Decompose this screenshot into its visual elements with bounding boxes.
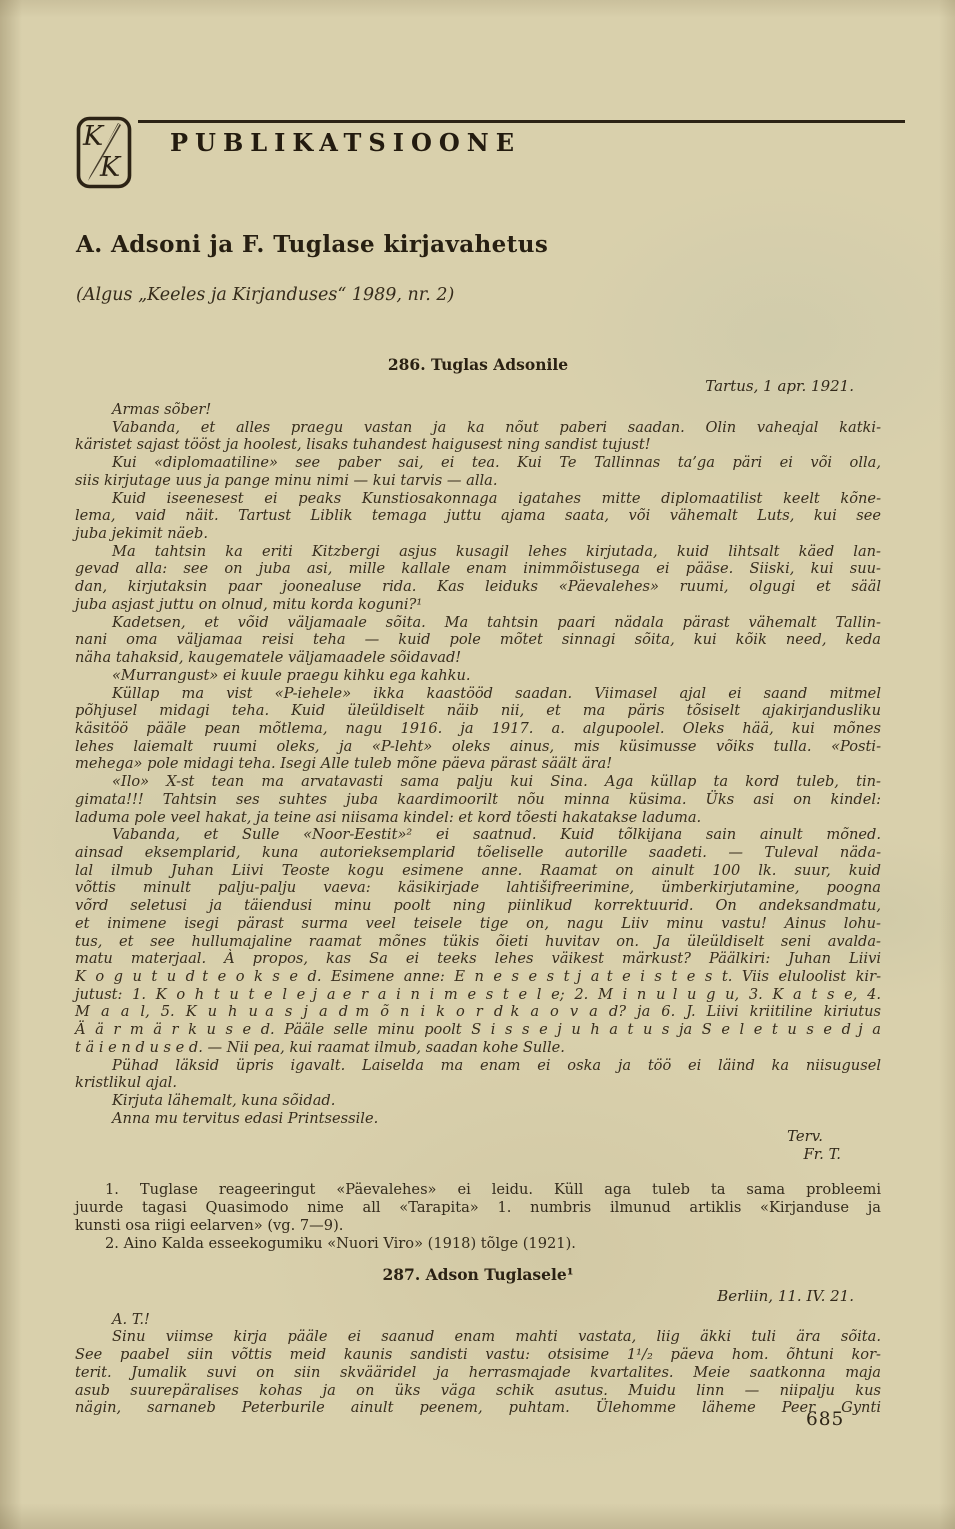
letter-286-dateline: Tartus, 1 apr. 1921.	[75, 377, 881, 395]
text-line: Vabanda, et Sulle «Noor-Eestit»² ei saat…	[75, 826, 881, 844]
text-line: Kuid iseenesest ei peaks Kunstiosakonnag…	[75, 490, 881, 508]
text-line: asub suurepäralises kohas ja on üks väga…	[75, 1382, 881, 1400]
text-line: põhjusel midagi teha. Kuid üleüldiselt n…	[75, 702, 881, 720]
text-line: lema, vaid näit. Tartust Liblik temaga j…	[75, 507, 881, 525]
text-line: «Murrangust» ei kuule praegu kihku ega k…	[75, 667, 881, 685]
text-line: Kirjuta lähemalt, kuna sõidad.	[75, 1092, 881, 1110]
paragraph: Küllap ma vist «P-iehele» ikka kaastööd …	[75, 685, 881, 774]
text-line: A. T.!	[75, 1311, 881, 1329]
text-line: matu materjaal. À propos, kas Sa ei teek…	[75, 950, 881, 968]
text-line: Anna mu tervitus edasi Printsessile.	[75, 1110, 881, 1128]
text-line: 1. Tuglase reageeringut «Päevalehes» ei …	[75, 1181, 881, 1199]
paragraph: Kadetsen, et võid väljamaale sõita. Ma t…	[75, 614, 881, 667]
text-line: See paabel siin võttis meid kaunis sandi…	[75, 1346, 881, 1364]
paragraph: Pühad läksid üpris igavalt. Laiselda ma …	[75, 1057, 881, 1092]
paragraph: Vabanda, et alles praegu vastan ja ka nõ…	[75, 419, 881, 454]
text-line: võrd seletusi ja täiendusi minu poolt ni…	[75, 897, 881, 915]
paragraph: Ma tahtsin ka eriti Kitzbergi asjus kusa…	[75, 543, 881, 614]
text-line: 2. Aino Kalda esseekogumiku «Nuori Viro»…	[75, 1235, 881, 1253]
text-line: M a a l, 5. K u h u a s j a d m õ n i k …	[75, 1003, 881, 1021]
section-title: PUBLIKATSIOONE	[170, 128, 521, 157]
text-line: t ä i e n d u s e d. — Nii pea, kui raam…	[75, 1039, 881, 1057]
paragraph: Kui «diplomaatiline» see paber sai, ei t…	[75, 454, 881, 489]
text-line: Kadetsen, et võid väljamaale sõita. Ma t…	[75, 614, 881, 632]
letter-286-heading: 286. Tuglas Adsonile	[75, 356, 881, 374]
text-line: «Ilo» X-st tean ma arvatavasti sama palj…	[75, 773, 881, 791]
text-line: kunsti osa riigi eelarven» (vg. 7—9).	[75, 1217, 881, 1235]
paragraph: Armas sõber!	[75, 401, 881, 419]
text-line: gevad alla: see on juba asi, mille kalla…	[75, 560, 881, 578]
letter-287-heading: 287. Adson Tuglasele¹	[75, 1266, 881, 1284]
text-line: K o g u t u d t e o k s e d. Esimene ann…	[75, 968, 881, 986]
text-line: nägin, sarnaneb Peterburile ainult peene…	[75, 1399, 881, 1417]
text-line: käristet sajast tööst ja hoolest, lisaks…	[75, 436, 881, 454]
letter-287-dateline: Berliin, 11. IV. 21.	[75, 1287, 881, 1305]
letter-286-signature: Fr. T.	[75, 1146, 881, 1164]
text-line: terit. Jumalik suvi on siin skvääridel j…	[75, 1364, 881, 1382]
paragraph: Anna mu tervitus edasi Printsessile.	[75, 1110, 881, 1128]
text-line: ainsad eksemplarid, kuna autorieksemplar…	[75, 844, 881, 862]
text-line: Pühad läksid üpris igavalt. Laiselda ma …	[75, 1057, 881, 1075]
page-number: 685	[806, 1409, 844, 1430]
text-line: lal ilmub Juhan Liivi Teoste kogu esimen…	[75, 862, 881, 880]
text-line: dan, kirjutaksin paar joonealuse rida. K…	[75, 578, 881, 596]
text-line: Vabanda, et alles praegu vastan ja ka nõ…	[75, 419, 881, 437]
text-line: Ma tahtsin ka eriti Kitzbergi asjus kusa…	[75, 543, 881, 561]
header-rule	[138, 120, 905, 123]
text-line: jutust: 1. K o h t u t e l e j a e r a i…	[75, 986, 881, 1004]
text-line: Armas sõber!	[75, 401, 881, 419]
letter-286-closing: Terv.	[75, 1128, 881, 1146]
paragraph: 2. Aino Kalda esseekogumiku «Nuori Viro»…	[75, 1235, 881, 1253]
article-title: A. Adsoni ja F. Tuglase kirjavahetus	[76, 231, 548, 258]
paragraph: Kuid iseenesest ei peaks Kunstiosakonnag…	[75, 490, 881, 543]
text-line: mehega» pole midagi teha. Isegi Alle tul…	[75, 755, 881, 773]
text-line: Sinu viimse kirja pääle ei saanud enam m…	[75, 1328, 881, 1346]
text-line: käsitöö pääle pean mõtlema, nagu 1916. j…	[75, 720, 881, 738]
text-line: siis kirjutage uus ja pange minu nimi — …	[75, 472, 881, 490]
text-line: näha tahaksid, kaugematele väljamaadele …	[75, 649, 881, 667]
article-subtitle: (Algus „Keeles ja Kirjanduses“ 1989, nr.…	[76, 285, 454, 305]
text-line: juba asjast juttu on olnud, mitu korda k…	[75, 596, 881, 614]
paragraph: «Murrangust» ei kuule praegu kihku ega k…	[75, 667, 881, 685]
text-line: tus, et see hullumajaline raamat mõnes t…	[75, 933, 881, 951]
letter-287-body: A. T.!Sinu viimse kirja pääle ei saanud …	[75, 1311, 881, 1417]
paragraph: Kirjuta lähemalt, kuna sõidad.	[75, 1092, 881, 1110]
text-line: juba jekimit näeb.	[75, 525, 881, 543]
text-line: nani oma väljamaa reisi teha — kuid pole…	[75, 631, 881, 649]
letter-286-footnotes: 1. Tuglase reageeringut «Päevalehes» ei …	[75, 1181, 881, 1254]
text-line: lehes laiemalt ruumi oleks, ja «P-leht» …	[75, 738, 881, 756]
paragraph: Vabanda, et Sulle «Noor-Eestit»² ei saat…	[75, 826, 881, 1056]
journal-page: K K PUBLIKATSIOONE A. Adsoni ja F. Tugla…	[0, 0, 955, 1529]
letter-286-body: Armas sõber!Vabanda, et alles praegu vas…	[75, 401, 881, 1127]
paragraph: A. T.!	[75, 1311, 881, 1329]
text-line: Küllap ma vist «P-iehele» ikka kaastööd …	[75, 685, 881, 703]
paragraph: «Ilo» X-st tean ma arvatavasti sama palj…	[75, 773, 881, 826]
text-line: Kui «diplomaatiline» see paber sai, ei t…	[75, 454, 881, 472]
paragraph: Sinu viimse kirja pääle ei saanud enam m…	[75, 1328, 881, 1417]
paragraph: 1. Tuglase reageeringut «Päevalehes» ei …	[75, 1181, 881, 1236]
text-line: kristlikul ajal.	[75, 1074, 881, 1092]
text-line: võttis minult palju-palju vaeva: käsikir…	[75, 879, 881, 897]
journal-logo-icon: K K	[76, 116, 132, 189]
text-line: gimata!!! Tahtsin ses suhtes juba kaardi…	[75, 791, 881, 809]
text-line: laduma pole veel hakat, ja teine asi nii…	[75, 809, 881, 827]
svg-text:K: K	[82, 121, 105, 152]
text-line: Ä ä r m ä r k u s e d. Pääle selle minu …	[75, 1021, 881, 1039]
text-line: juurde tagasi Quasimodo nime all «Tarapi…	[75, 1199, 881, 1217]
text-line: et inimene isegi pärast surma veel teise…	[75, 915, 881, 933]
text-column: 286. Tuglas Adsonile Tartus, 1 apr. 1921…	[75, 356, 881, 1417]
